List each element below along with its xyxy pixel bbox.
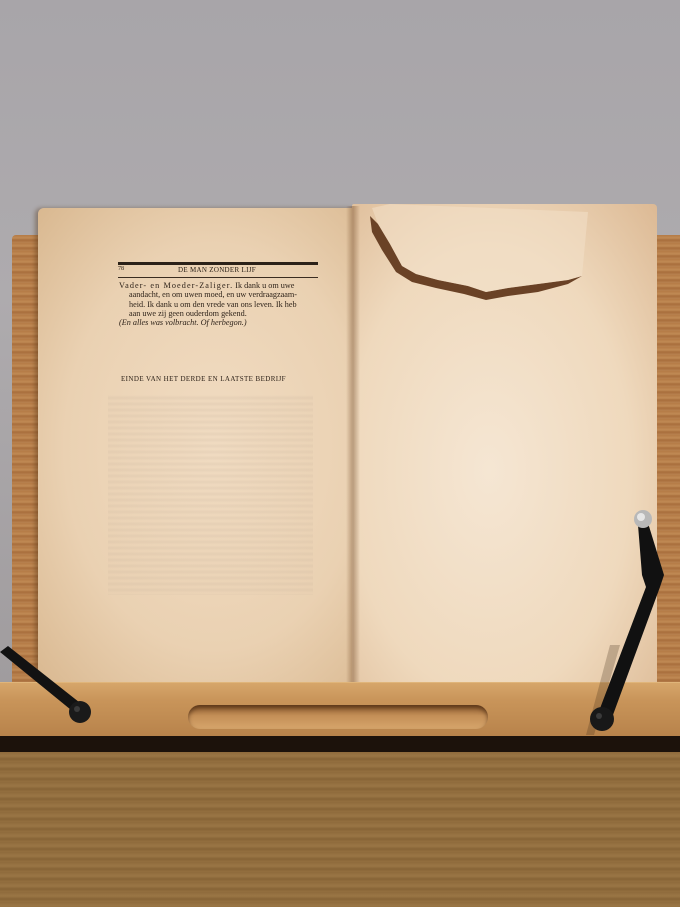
show-through-text bbox=[108, 395, 313, 595]
running-head: DE MAN ZONDER LIJF bbox=[178, 266, 256, 274]
book-spine bbox=[346, 206, 360, 688]
page-body-text: Vader- en Moeder-Zaliger. Ik dank u om u… bbox=[119, 281, 319, 327]
pen-slot bbox=[188, 705, 488, 729]
text-line: aandacht, en om uwen moed, en uw verdraa… bbox=[119, 290, 319, 299]
wooden-table bbox=[0, 752, 680, 907]
torn-corner bbox=[368, 204, 588, 304]
text-line: Vader- en Moeder-Zaliger. Ik dank u om u… bbox=[119, 281, 319, 290]
page-number: 78 bbox=[118, 266, 124, 272]
text-line: aan uwe zij geen ouderdom gekend. bbox=[119, 309, 319, 318]
page-holder-arm-right[interactable] bbox=[580, 505, 680, 740]
stage-direction: (En alles was volbracht. Of herbegon.) bbox=[119, 318, 319, 327]
text-line: heid. Ik dank u om den vrede van ons lev… bbox=[119, 300, 319, 309]
header-underline bbox=[118, 277, 318, 278]
page-holder-arm-left[interactable] bbox=[0, 640, 100, 730]
header-rule bbox=[118, 262, 318, 265]
speaker-name: Vader- en Moeder-Zaliger. bbox=[119, 281, 233, 290]
end-of-act-note: EINDE VAN HET DERDE EN LAATSTE BEDRIJF bbox=[121, 375, 286, 383]
